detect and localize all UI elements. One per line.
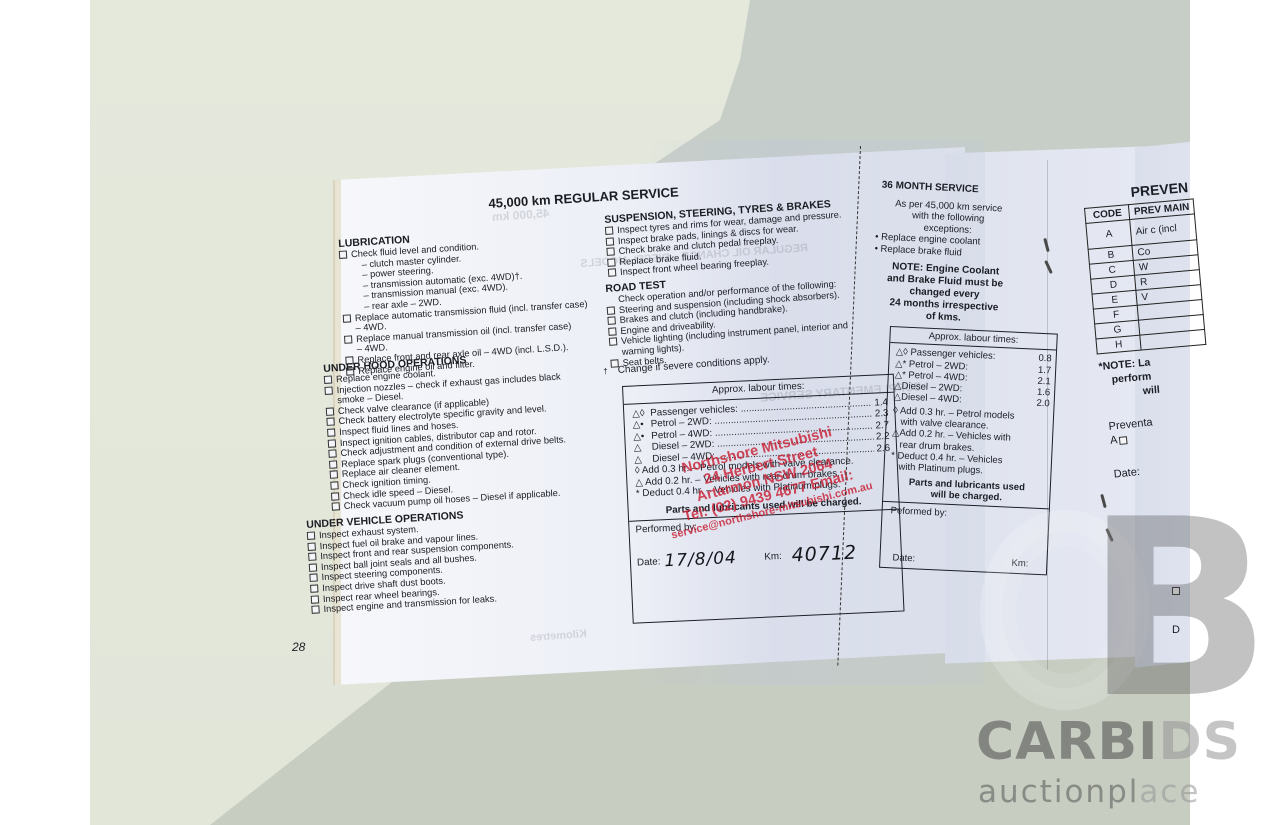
logbook-content: 45,000 km REGULAR OIL CHANGE – DIESEL MO… <box>0 0 1280 825</box>
dagger-icon: † <box>603 367 608 376</box>
checkbox[interactable] <box>326 418 334 426</box>
labour-rows: △◊ Passenger vehicles:0.8△* Petrol – 2WD… <box>888 343 1057 410</box>
road-test-section: ROAD TEST Check operation and/or perform… <box>605 266 850 369</box>
km-label: Km: <box>764 551 782 563</box>
labour-notes: ◊ Add 0.3 hr. – Petrol models with valve… <box>884 403 1053 480</box>
staple <box>1044 260 1053 274</box>
checkbox[interactable] <box>330 481 338 489</box>
performed-by-label: Peformed by: <box>890 505 947 519</box>
preventative-code-table: CODE PREV MAIN AAir c (inclBCoCWDREVFGH <box>1084 198 1206 354</box>
checkbox[interactable] <box>609 338 618 347</box>
checkbox[interactable] <box>606 248 615 257</box>
checkbox[interactable] <box>310 584 318 592</box>
checkbox[interactable] <box>332 502 340 510</box>
checkbox[interactable] <box>343 314 351 322</box>
suspension-section: SUSPENSION, STEERING, TYRES & BRAKES Ins… <box>604 197 845 278</box>
under-vehicle-section: UNDER VEHICLE OPERATIONS Inspect exhaust… <box>306 506 517 615</box>
date-label: Date: <box>892 553 915 565</box>
page-number: 28 <box>292 640 305 654</box>
watermark-tagline: auctionplace <box>978 774 1201 810</box>
checkbox[interactable] <box>607 258 616 267</box>
checkbox[interactable] <box>311 606 319 614</box>
under-hood-section: UNDER HOOD OPERATIONS Replace engine coo… <box>323 348 570 512</box>
checkbox[interactable] <box>330 471 338 479</box>
bleed-through-text: Kilometres <box>530 628 588 644</box>
checkbox[interactable] <box>608 269 617 278</box>
checkbox[interactable] <box>324 375 332 383</box>
checkbox[interactable] <box>606 237 615 246</box>
checkbox[interactable] <box>309 563 317 571</box>
36-month-service-section: 36 MONTH SERVICE As per 45,000 km servic… <box>863 179 1030 328</box>
coolant-note: NOTE: Engine Coolant and Brake Fluid mus… <box>863 260 1026 328</box>
spacer <box>610 347 622 348</box>
checkbox[interactable] <box>327 428 335 436</box>
labour-note: *NOTE: La perform will <box>1098 355 1160 402</box>
checkbox[interactable] <box>607 317 616 326</box>
checkbox[interactable] <box>329 460 337 468</box>
checkbox[interactable] <box>307 542 315 550</box>
checkbox[interactable] <box>307 531 315 539</box>
checkbox[interactable] <box>605 226 614 235</box>
watermark-brand: CARBIDS <box>976 712 1241 772</box>
checkbox[interactable] <box>331 492 339 500</box>
checkbox[interactable] <box>328 439 336 447</box>
checkbox[interactable] <box>326 407 334 415</box>
checkbox[interactable] <box>339 250 347 258</box>
checkbox[interactable] <box>308 553 316 561</box>
date-label: Date: <box>637 556 661 569</box>
section-heading: 36 MONTH SERVICE <box>869 179 1029 198</box>
checkbox[interactable] <box>607 306 616 315</box>
date-value-handwritten[interactable]: 17/8/04 <box>664 552 764 568</box>
checkbox[interactable] <box>324 386 332 394</box>
checkbox[interactable] <box>608 327 617 336</box>
km-value-handwritten[interactable]: 40712 <box>791 548 857 562</box>
staple <box>1043 238 1050 252</box>
checkbox[interactable] <box>344 335 352 343</box>
checkbox[interactable] <box>309 574 317 582</box>
checkbox[interactable] <box>328 450 336 458</box>
carbids-logo-icon: B <box>1085 505 1255 715</box>
page-title: 45,000 km REGULAR SERVICE <box>488 184 679 211</box>
preventative-title: PREVEN <box>1130 179 1189 200</box>
checkbox[interactable] <box>311 595 319 603</box>
